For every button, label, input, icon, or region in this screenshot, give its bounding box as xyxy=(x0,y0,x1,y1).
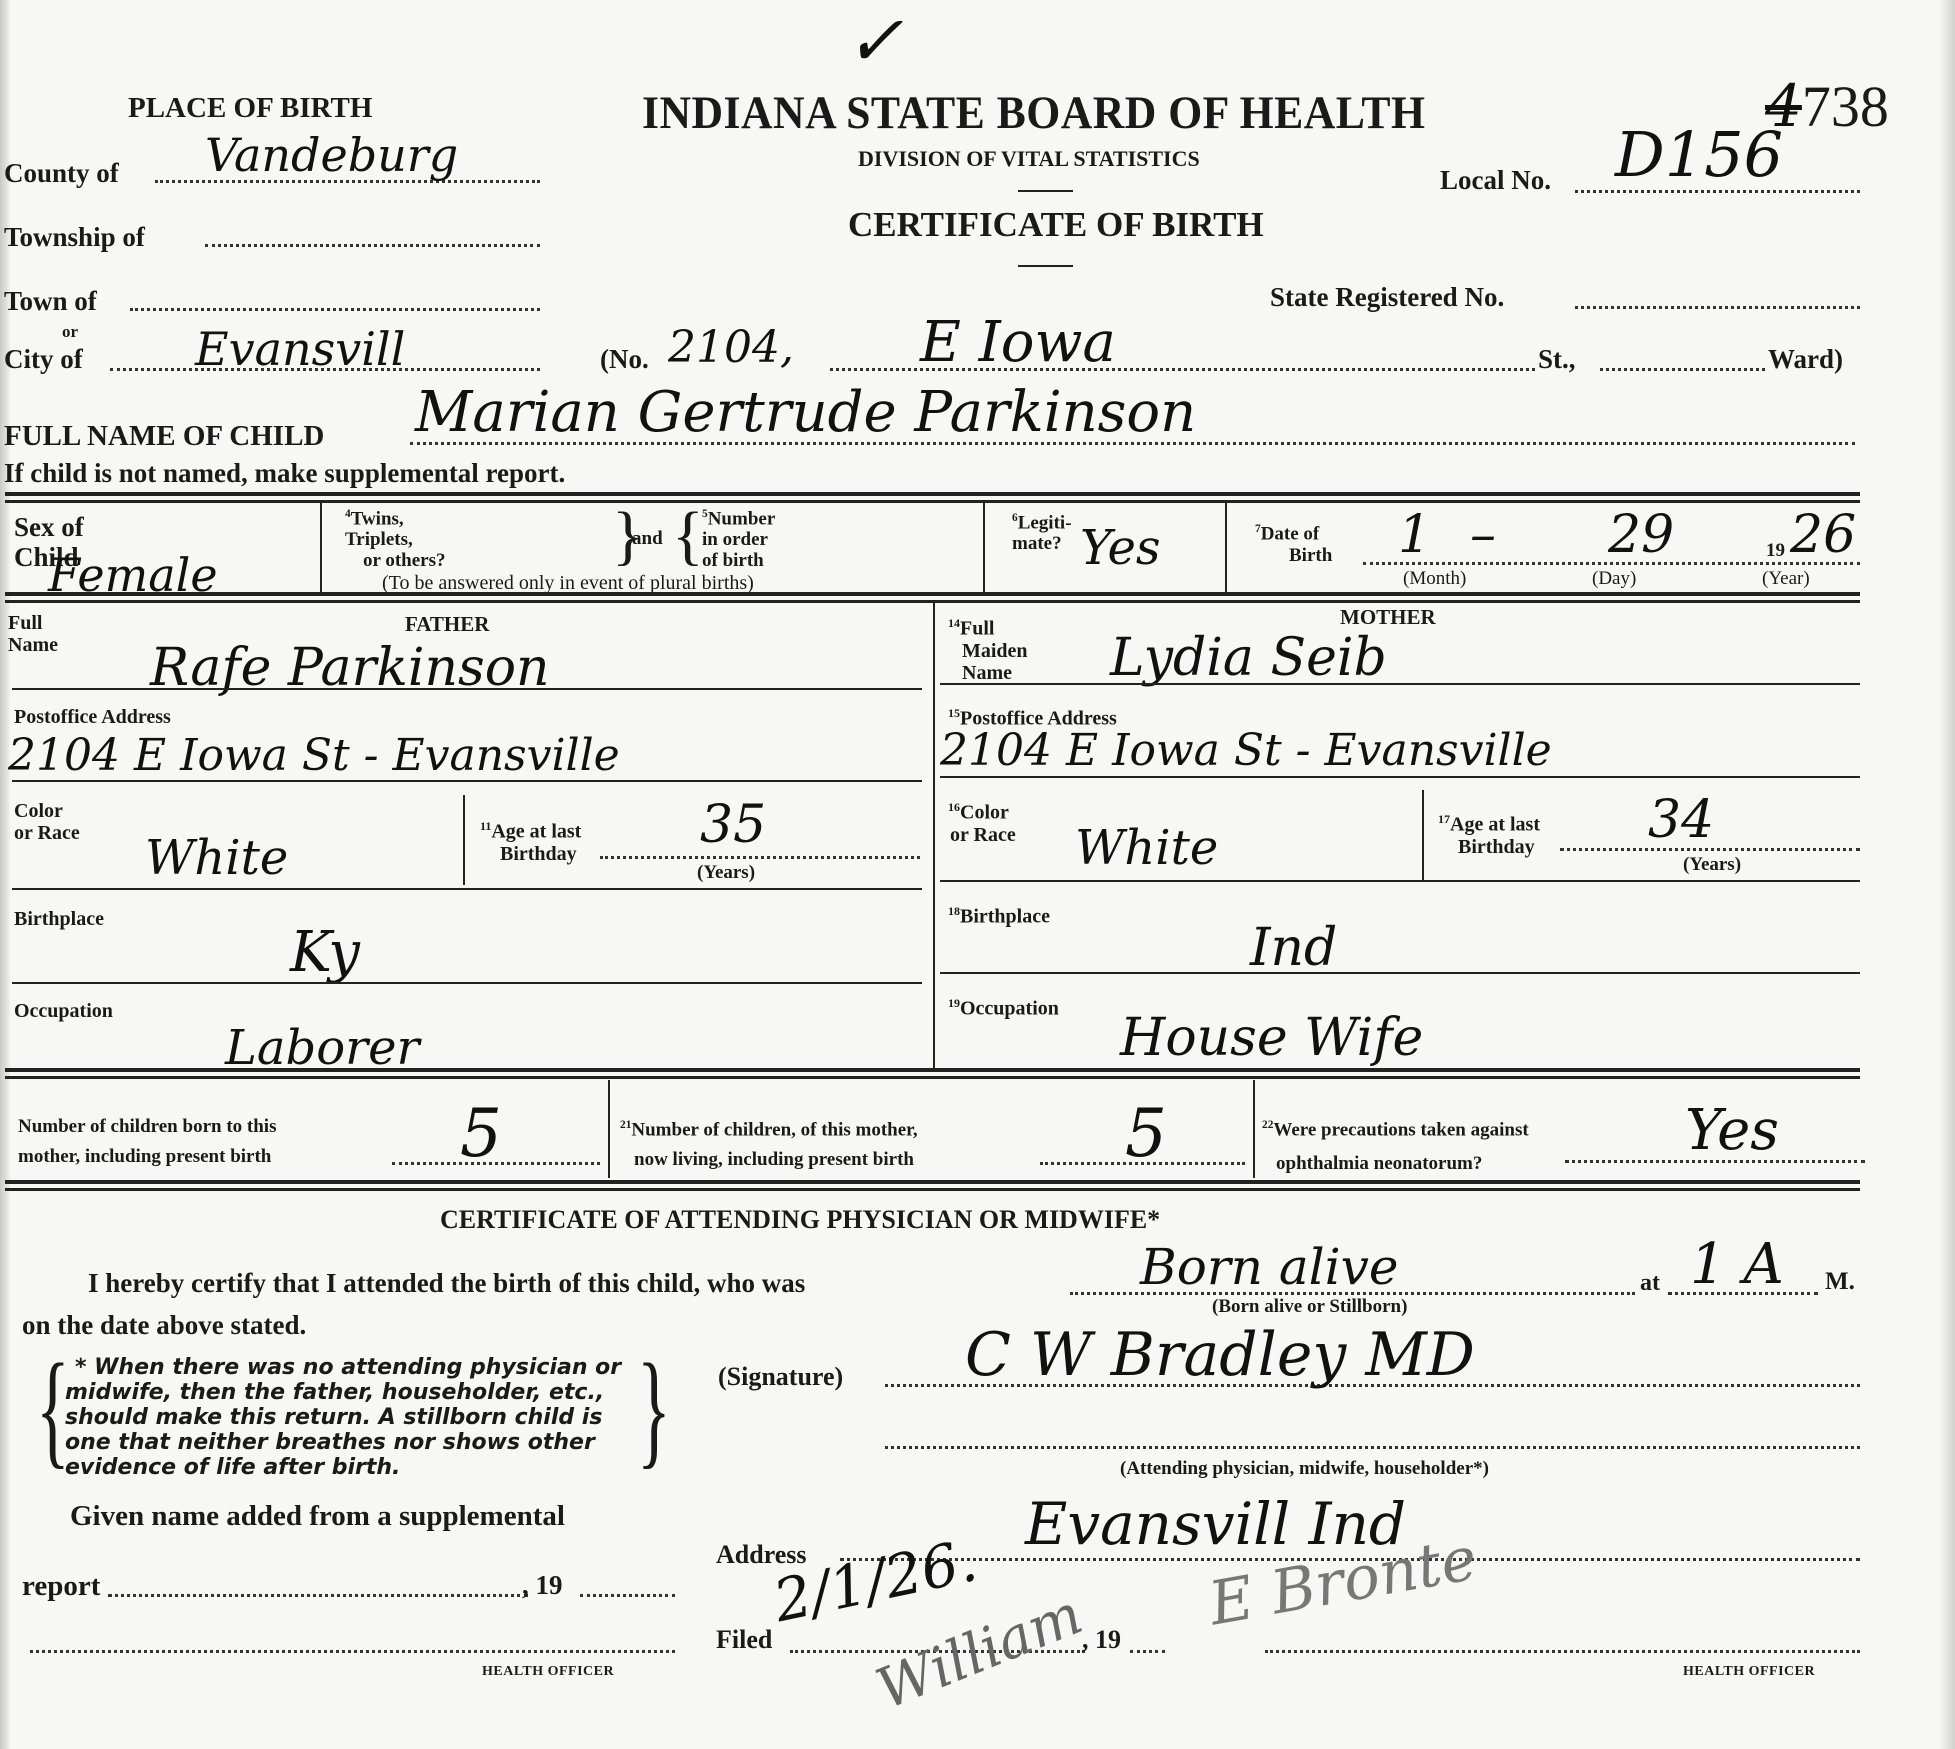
health-officer-right-caption: HEALTH OFFICER xyxy=(1683,1664,1815,1680)
ward-label: Ward) xyxy=(1768,344,1843,375)
city-label: City of xyxy=(4,344,83,375)
county-label: County of xyxy=(4,158,119,189)
divider xyxy=(608,1080,610,1178)
rule xyxy=(12,888,922,890)
health-officer-left-caption: HEALTH OFFICER xyxy=(482,1664,614,1680)
town-label: Town of xyxy=(4,286,97,317)
footnote-text: * When there was no attending physician … xyxy=(65,1355,630,1480)
footnote-brace-right-icon: } xyxy=(637,1345,671,1473)
dob-month-value[interactable]: 1 xyxy=(1398,505,1431,565)
twins-label: 4Twins, Triplets, or others? xyxy=(345,504,446,571)
certificate-title: CERTIFICATE OF BIRTH xyxy=(848,205,1264,245)
no-label: (No. xyxy=(600,344,649,375)
town-line xyxy=(130,308,540,311)
year-caption: (Year) xyxy=(1762,568,1810,590)
parents-column-divider xyxy=(933,600,935,1070)
m-label: M. xyxy=(1825,1268,1855,1296)
check-mark-icon: ✓ xyxy=(845,0,904,82)
precautions-value[interactable]: Yes xyxy=(1685,1098,1779,1163)
child-full-name-value[interactable]: Marian Gertrude Parkinson xyxy=(415,380,1196,445)
father-age-line xyxy=(600,856,920,859)
children-living-label: 21Number of children, of this mother,now… xyxy=(620,1110,918,1175)
rule xyxy=(12,982,922,984)
county-value[interactable]: Vandeburg xyxy=(205,128,458,182)
father-birthplace-label: Birthplace xyxy=(14,908,104,930)
local-no-value[interactable]: D156 xyxy=(1615,118,1783,191)
father-age-value[interactable]: 35 xyxy=(700,795,766,855)
filed-label: Filed xyxy=(716,1625,772,1655)
children-living-value[interactable]: 5 xyxy=(1125,1095,1167,1172)
file-number: 4738 xyxy=(1765,72,1889,140)
health-officer-right-line xyxy=(1265,1650,1860,1653)
mother-name-value[interactable]: Lydia Seib xyxy=(1110,628,1387,688)
mother-occupation-value[interactable]: House Wife xyxy=(1120,1008,1423,1068)
day-caption: (Day) xyxy=(1592,568,1636,590)
mother-years-caption: (Years) xyxy=(1683,854,1741,876)
health-officer-left-line xyxy=(30,1650,675,1653)
father-race-label: Coloror Race xyxy=(14,800,80,844)
township-label: Township of xyxy=(4,222,145,253)
section-divider-1 xyxy=(5,492,1860,503)
scan-edge-left xyxy=(0,0,10,1749)
children-born-value[interactable]: 5 xyxy=(460,1095,502,1172)
born-status-caption: (Born alive or Stillborn) xyxy=(1212,1296,1407,1318)
st-label: St., xyxy=(1538,344,1576,375)
file-number-value: 738 xyxy=(1802,74,1889,139)
father-age-label: 11Age at lastBirthday xyxy=(480,815,581,865)
legit-value[interactable]: Yes xyxy=(1080,520,1161,576)
divider xyxy=(983,502,985,594)
title-divider-bottom xyxy=(1018,265,1073,267)
township-line xyxy=(205,244,540,247)
mother-name-label: 14FullMaidenName xyxy=(948,612,1028,684)
and-label: and xyxy=(632,528,663,550)
street-number-value[interactable]: 2104, xyxy=(668,322,794,373)
state-registered-label: State Registered No. xyxy=(1270,282,1504,313)
mother-age-value[interactable]: 34 xyxy=(1648,790,1714,850)
at-label: at xyxy=(1640,1270,1660,1297)
mother-race-value[interactable]: White xyxy=(1075,820,1218,876)
divider xyxy=(463,795,465,885)
divider xyxy=(320,502,322,594)
dob-day-value[interactable]: 29 xyxy=(1608,505,1674,565)
month-caption: (Month) xyxy=(1403,568,1466,590)
report-year-label: , 19 xyxy=(522,1570,563,1601)
rule xyxy=(940,683,1860,685)
supplemental-text: Given name added from a supplemental xyxy=(70,1500,565,1533)
divider xyxy=(1422,790,1424,880)
mother-section-title: MOTHER xyxy=(1340,605,1436,630)
father-address-value[interactable]: 2104 E Iowa St - Evansville xyxy=(8,730,620,781)
date-stated-text: on the date above stated. xyxy=(22,1310,306,1341)
mother-birthplace-value[interactable]: Ind xyxy=(1250,918,1337,978)
mother-race-label: 16Coloror Race xyxy=(948,796,1016,846)
legit-label: 6Legiti-mate? xyxy=(1012,508,1072,554)
precautions-label: 22Were precautions taken againstophthalm… xyxy=(1262,1108,1529,1181)
dob-year-prefix: 19 xyxy=(1766,540,1785,562)
divider xyxy=(1253,1080,1255,1178)
father-years-caption: (Years) xyxy=(697,862,755,884)
father-race-value[interactable]: White xyxy=(145,830,288,886)
section-divider-3 xyxy=(5,1068,1860,1079)
brace-left-icon: { xyxy=(672,498,704,574)
filed-year-line xyxy=(1130,1650,1165,1653)
full-name-label: FULL NAME OF CHILD xyxy=(4,420,324,453)
order-label: 5Number in order of birth xyxy=(702,504,775,571)
street-value[interactable]: E Iowa xyxy=(920,310,1116,375)
father-address-label: Postoffice Address xyxy=(14,706,171,728)
section-divider-4 xyxy=(5,1180,1860,1191)
mother-age-label: 17Age at lastBirthday xyxy=(1438,808,1540,858)
certify-text: I hereby certify that I attended the bir… xyxy=(88,1268,805,1299)
report-label: report xyxy=(22,1570,100,1603)
title-divider-top xyxy=(1018,190,1073,192)
rule xyxy=(940,880,1860,882)
not-named-note: If child is not named, make supplemental… xyxy=(4,458,565,489)
father-occupation-label: Occupation xyxy=(14,1000,113,1022)
attending-caption: (Attending physician, midwife, household… xyxy=(1120,1458,1489,1480)
divider xyxy=(1225,502,1227,594)
report-line xyxy=(108,1594,528,1597)
rule xyxy=(940,972,1860,974)
mother-birthplace-label: 18Birthplace xyxy=(948,900,1050,928)
time-value[interactable]: 1 A xyxy=(1690,1232,1784,1297)
city-value[interactable]: Evansvill xyxy=(195,322,405,376)
state-registered-line xyxy=(1575,306,1860,309)
father-birthplace-value[interactable]: Ky xyxy=(290,920,360,985)
ward-line xyxy=(1600,368,1765,371)
signature-line-2 xyxy=(885,1446,1860,1449)
rule xyxy=(940,776,1860,778)
father-name-label: FullName xyxy=(8,612,58,656)
scan-edge-right xyxy=(1941,0,1955,1749)
local-no-label: Local No. xyxy=(1440,165,1551,196)
dob-dash: – xyxy=(1470,505,1496,565)
place-of-birth-title: PLACE OF BIRTH xyxy=(128,92,372,125)
dob-label: 7Date ofBirth xyxy=(1255,518,1332,567)
division-title: DIVISION OF VITAL STATISTICS xyxy=(858,146,1200,172)
physician-certificate-title: CERTIFICATE OF ATTENDING PHYSICIAN OR MI… xyxy=(440,1205,1160,1235)
mother-occupation-label: 19Occupation xyxy=(948,992,1059,1020)
mother-address-value[interactable]: 2104 E Iowa St - Evansville xyxy=(940,725,1552,776)
rule xyxy=(12,780,922,782)
board-title: INDIANA STATE BOARD OF HEALTH xyxy=(642,86,1425,140)
or-label: or xyxy=(62,322,78,342)
born-status-value[interactable]: Born alive xyxy=(1140,1238,1398,1296)
dob-year-value[interactable]: 26 xyxy=(1790,505,1856,565)
rule xyxy=(12,688,922,690)
report-year-line xyxy=(580,1594,675,1597)
signature-value[interactable]: C W Bradley MD xyxy=(965,1320,1475,1390)
children-born-label: Number of children born to thismother, i… xyxy=(18,1112,276,1172)
father-section-title: FATHER xyxy=(405,612,489,637)
signature-label: (Signature) xyxy=(718,1362,843,1392)
